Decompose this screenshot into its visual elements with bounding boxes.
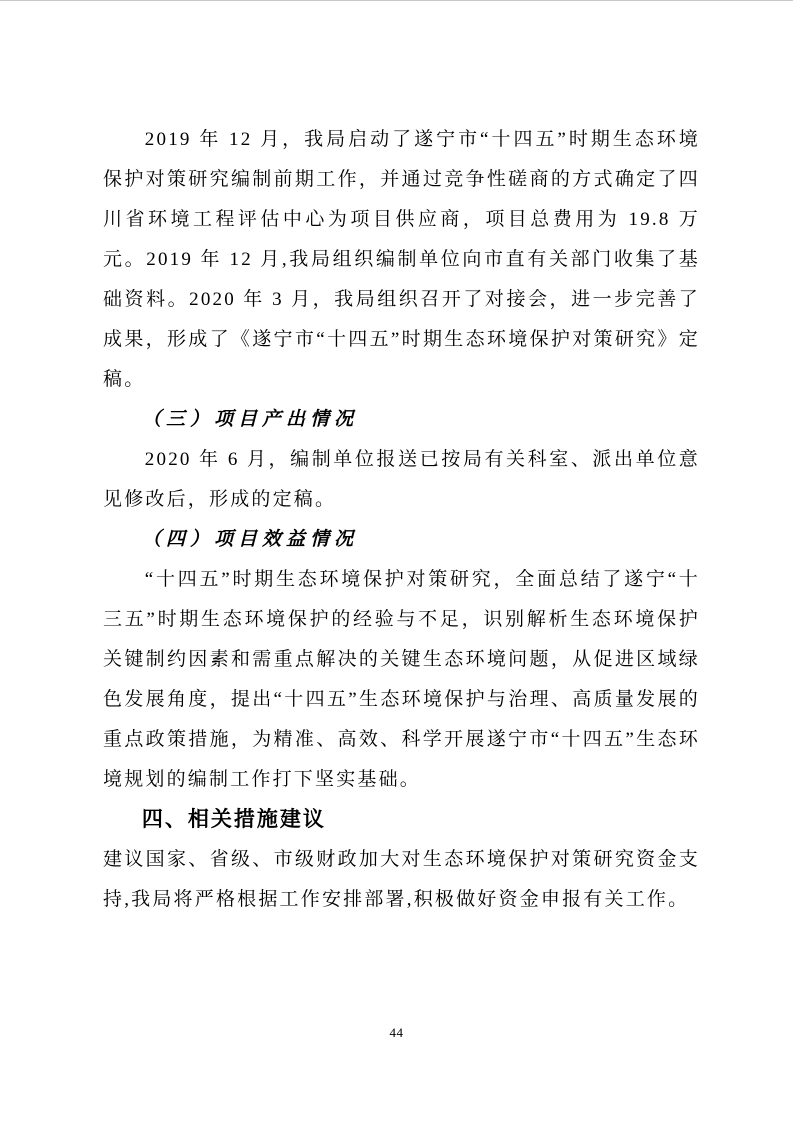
heading-project-benefit: （四）项目效益情况	[103, 520, 700, 560]
paragraph-project-benefit: “十四五”时期生态环境保护对策研究，全面总结了遂宁“十三五”时期生态环境保护的经…	[103, 560, 700, 800]
heading-project-output: （三）项目产出情况	[103, 400, 700, 440]
document-page: 2019 年 12 月，我局启动了遂宁市“十四五”时期生态环境保护对策研究编制前…	[0, 0, 793, 1122]
paragraph-related-measures: 建议国家、省级、市级财政加大对生态环境保护对策研究资金支持,我局将严格根据工作安…	[103, 840, 700, 920]
page-number: 44	[0, 1025, 793, 1041]
paragraph-project-output: 2020 年 6 月，编制单位报送已按局有关科室、派出单位意见修改后，形成的定稿…	[103, 440, 700, 520]
document-body: 2019 年 12 月，我局启动了遂宁市“十四五”时期生态环境保护对策研究编制前…	[103, 120, 700, 920]
heading-related-measures: 四、相关措施建议	[103, 800, 700, 840]
paragraph-project-initiation: 2019 年 12 月，我局启动了遂宁市“十四五”时期生态环境保护对策研究编制前…	[103, 120, 700, 400]
